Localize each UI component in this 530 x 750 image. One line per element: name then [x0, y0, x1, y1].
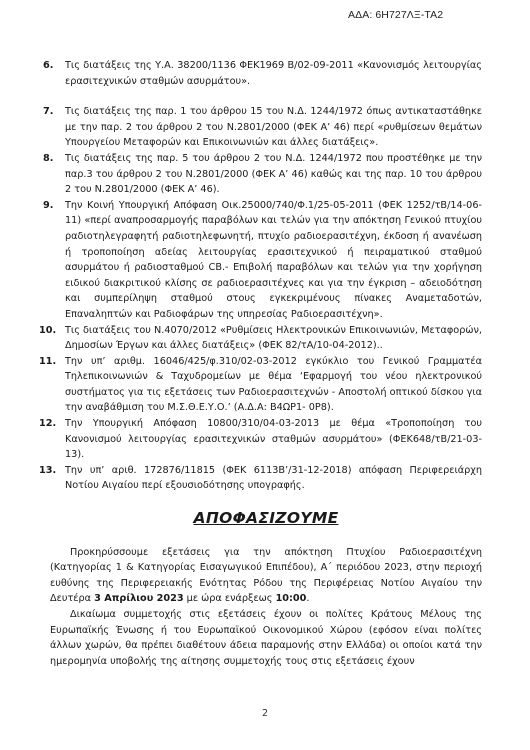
paragraph-text: .	[306, 593, 309, 604]
list-item-12: 12. Την Υπουργική Απόφαση 10800/310/04-0…	[50, 416, 482, 463]
item-number: 8.	[43, 151, 53, 167]
decision-title: ΑΠΟΦΑΣΙΖΟΥΜΕ	[194, 509, 339, 527]
item-text: Τις διατάξεις της παρ. 1 του άρθρου 15 τ…	[65, 106, 482, 148]
item-text: Τις διατάξεις της Υ.Α. 38200/1136 ΦΕΚ196…	[65, 60, 482, 87]
list-item-11: 11. Την υπ’ αριθμ. 16046/425/φ.310/02-03…	[50, 354, 482, 416]
item-number: 11.	[39, 354, 56, 370]
list-item-6: 6. Τις διατάξεις της Υ.Α. 38200/1136 ΦΕΚ…	[50, 58, 482, 89]
item-number: 13.	[39, 463, 56, 479]
exam-date: 3 Απρίλιου 2023	[94, 593, 183, 604]
page-number: 2	[0, 708, 530, 719]
item-number: 12.	[39, 416, 56, 432]
item-number: 9.	[43, 198, 53, 214]
item-number: 6.	[43, 58, 53, 74]
item-text: Τις διατάξεις της παρ. 5 του άρθρου 2 το…	[65, 153, 482, 195]
list-item-8: 8. Τις διατάξεις της παρ. 5 του άρθρου 2…	[50, 151, 482, 198]
item-text: Την Υπουργική Απόφαση 10800/310/04-03-20…	[65, 418, 482, 460]
item-number: 10.	[39, 323, 56, 339]
announcement-paragraph: Προκηρύσσουμε εξετάσεις για την απόκτηση…	[50, 545, 482, 607]
item-text: Την Κοινή Υπουργική Απόφαση Οικ.25000/74…	[65, 200, 482, 320]
item-text: Την υπ’ αριθ. 172876/11815 (ΦΕΚ 6113Β’/3…	[65, 465, 482, 492]
exam-time: 10:00	[276, 593, 307, 604]
item-text: Τις διατάξεις του Ν.4070/2012 «Ρυθμίσεις…	[65, 325, 482, 352]
list-item-9: 9. Την Κοινή Υπουργική Απόφαση Οικ.25000…	[50, 198, 482, 323]
list-item-13: 13. Την υπ’ αριθ. 172876/11815 (ΦΕΚ 6113…	[50, 463, 482, 494]
paragraph-text: με ώρα ενάρξεως	[184, 593, 276, 604]
item-number: 7.	[43, 104, 53, 120]
item-text: Την υπ’ αριθμ. 16046/425/φ.310/02-03-201…	[65, 356, 482, 414]
ada-code: ΑΔΑ: 6Η727ΛΞ-ΤΑ2	[348, 9, 443, 21]
list-item-10: 10. Τις διατάξεις του Ν.4070/2012 «Ρυθμί…	[50, 323, 482, 354]
decision-heading: ΑΠΟΦΑΣΙΖΟΥΜΕ	[50, 511, 482, 529]
document-body: 6. Τις διατάξεις της Υ.Α. 38200/1136 ΦΕΚ…	[50, 58, 482, 669]
list-item-7: 7. Τις διατάξεις της παρ. 1 του άρθρου 1…	[50, 104, 482, 151]
eligibility-paragraph: Δικαίωμα συμμετοχής στις εξετάσεις έχουν…	[50, 607, 482, 669]
